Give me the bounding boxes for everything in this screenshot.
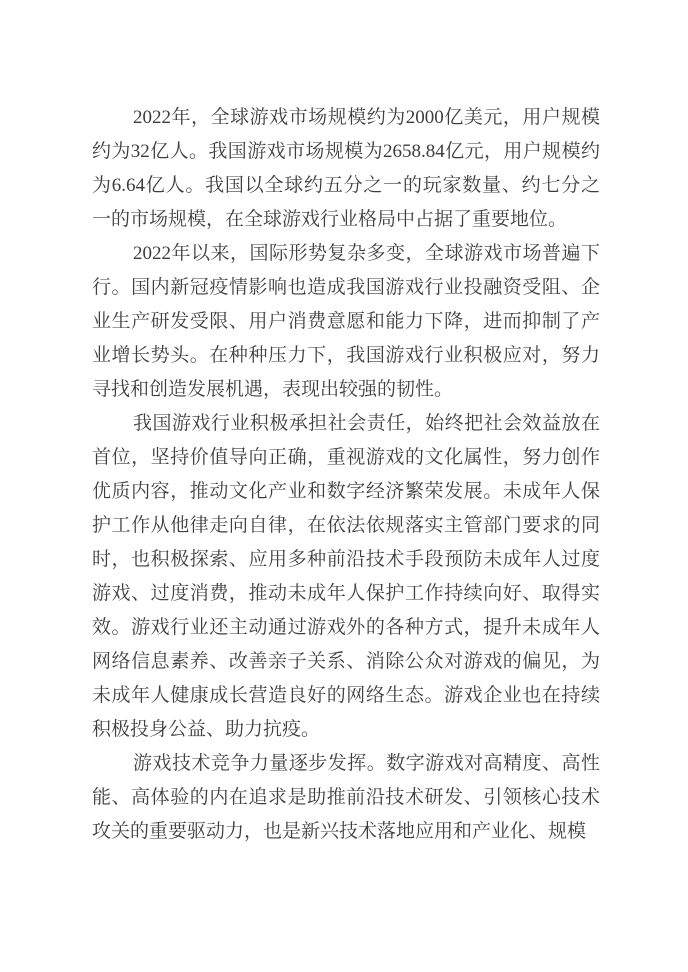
text-line: 一的市场规模，在全球游戏行业格局中占据了重要地位。 <box>92 203 600 237</box>
text-line: 未成年人健康成长营造良好的网络生态。游戏企业也在持续 <box>92 679 600 713</box>
text-line: 行。国内新冠疫情影响也造成我国游戏行业投融资受阻、企 <box>92 271 600 305</box>
text-line: 约为32亿人。我国游戏市场规模为2658.84亿元，用户规模约 <box>92 135 600 169</box>
paragraph-2: 2022年以来，国际形势复杂多变，全球游戏市场普遍下行。国内新冠疫情影响也造成我… <box>92 237 600 407</box>
text-line: 我国游戏行业积极承担社会责任，始终把社会效益放在 <box>92 407 600 441</box>
text-line: 2022年，全球游戏市场规模约为2000亿美元，用户规模 <box>92 101 600 135</box>
document-body: 2022年，全球游戏市场规模约为2000亿美元，用户规模约为32亿人。我国游戏市… <box>92 101 600 849</box>
text-line: 为6.64亿人。我国以全球约五分之一的玩家数量、约七分之 <box>92 169 600 203</box>
text-line: 游戏、过度消费，推动未成年人保护工作持续向好、取得实 <box>92 577 600 611</box>
text-line: 时，也积极探索、应用多种前沿技术手段预防未成年人过度 <box>92 543 600 577</box>
document-page: 2022年，全球游戏市场规模约为2000亿美元，用户规模约为32亿人。我国游戏市… <box>0 0 688 972</box>
paragraph-1: 2022年，全球游戏市场规模约为2000亿美元，用户规模约为32亿人。我国游戏市… <box>92 101 600 237</box>
text-line: 寻找和创造发展机遇，表现出较强的韧性。 <box>92 373 600 407</box>
text-line: 游戏技术竞争力量逐步发挥。数字游戏对高精度、高性 <box>92 747 600 781</box>
text-line: 网络信息素养、改善亲子关系、消除公众对游戏的偏见，为 <box>92 645 600 679</box>
text-line: 首位，坚持价值导向正确，重视游戏的文化属性，努力创作 <box>92 441 600 475</box>
text-line: 优质内容，推动文化产业和数字经济繁荣发展。未成年人保 <box>92 475 600 509</box>
text-line: 积极投身公益、助力抗疫。 <box>92 713 600 747</box>
paragraph-3: 我国游戏行业积极承担社会责任，始终把社会效益放在首位，坚持价值导向正确，重视游戏… <box>92 407 600 747</box>
text-line: 能、高体验的内在追求是助推前沿技术研发、引领核心技术 <box>92 781 600 815</box>
text-line: 护工作从他律走向自律，在依法依规落实主管部门要求的同 <box>92 509 600 543</box>
text-line: 业增长势头。在种种压力下，我国游戏行业积极应对，努力 <box>92 339 600 373</box>
paragraph-4: 游戏技术竞争力量逐步发挥。数字游戏对高精度、高性能、高体验的内在追求是助推前沿技… <box>92 747 600 849</box>
text-line: 效。游戏行业还主动通过游戏外的各种方式，提升未成年人 <box>92 611 600 645</box>
text-line: 2022年以来，国际形势复杂多变，全球游戏市场普遍下 <box>92 237 600 271</box>
text-line: 攻关的重要驱动力，也是新兴技术落地应用和产业化、规模 <box>92 815 600 849</box>
text-line: 业生产研发受限、用户消费意愿和能力下降，进而抑制了产 <box>92 305 600 339</box>
